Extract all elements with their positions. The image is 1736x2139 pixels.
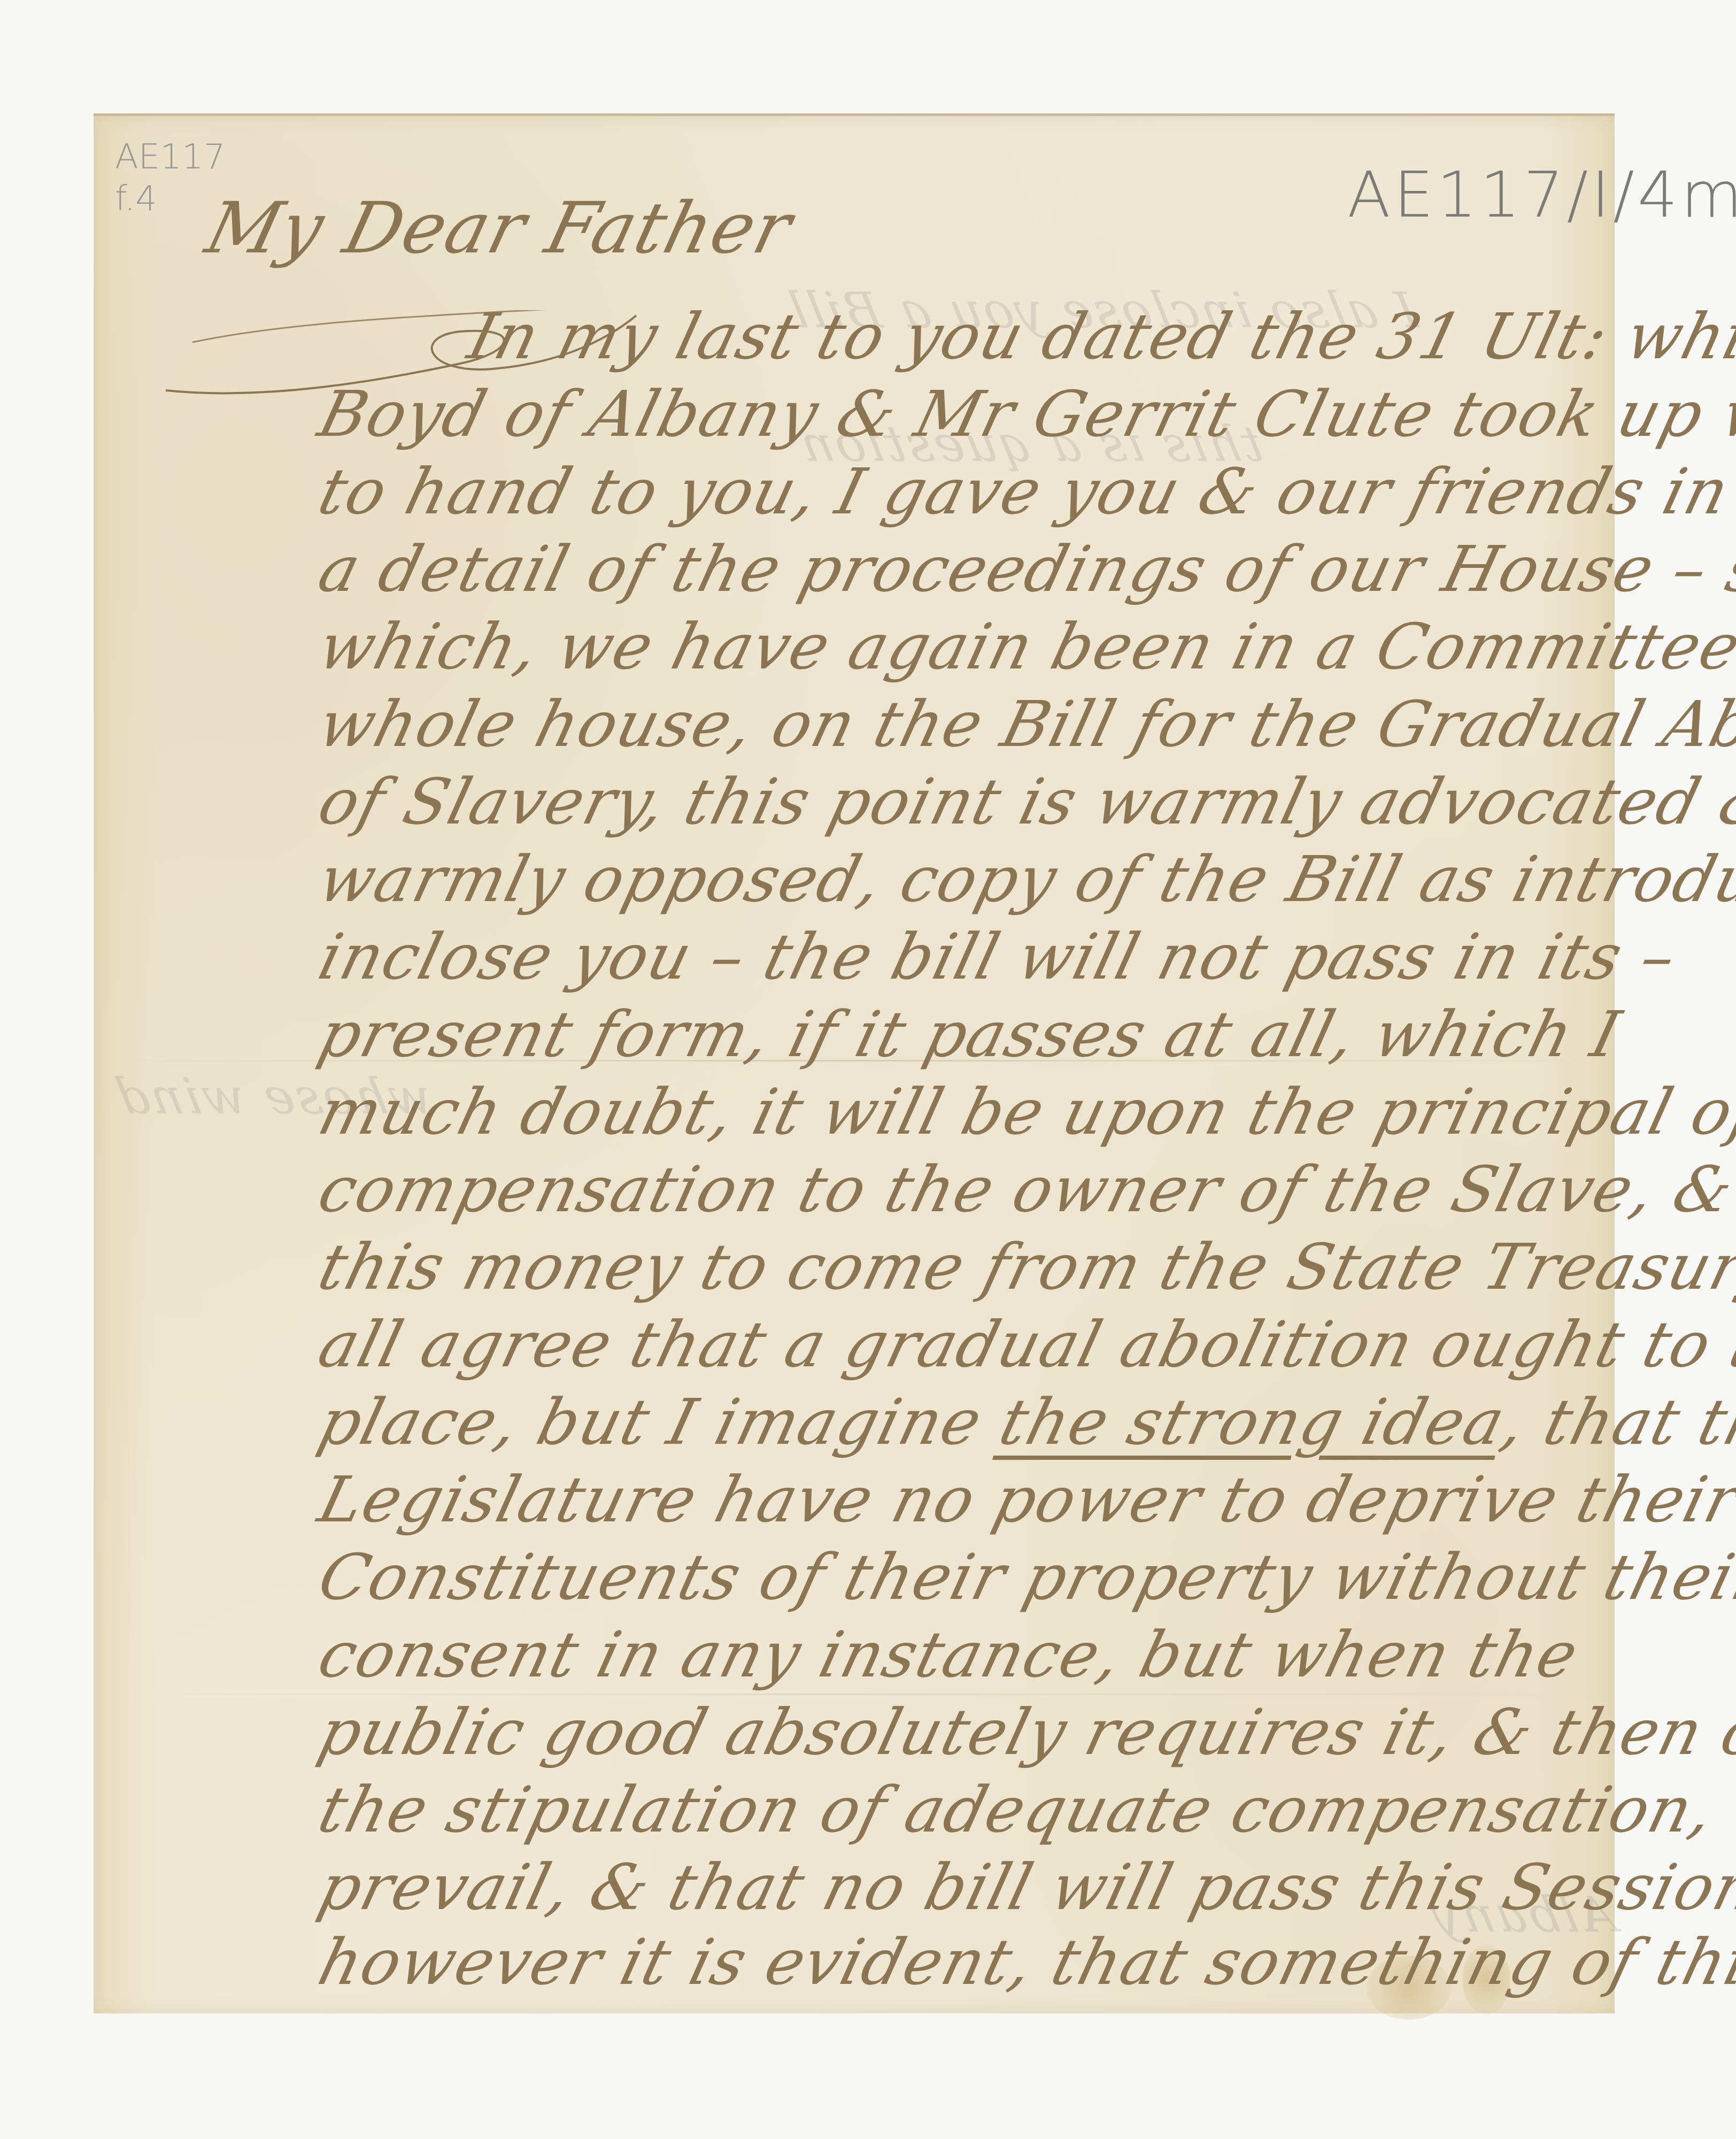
archival-folio-number: f.4: [115, 178, 225, 220]
archival-folio-note: AE117 f.4: [115, 136, 225, 220]
letter-line: present form, if it passes at all, which…: [312, 997, 1629, 1071]
letter-line: whole house, on the Bill for the Gradual…: [312, 687, 1736, 761]
letter-line: of Slavery, this point is warmly advocat…: [312, 765, 1736, 838]
salutation: My Dear Father: [198, 187, 800, 270]
underlined-phrase: the strong idea: [993, 1385, 1513, 1459]
letter-line-with-underline: place, but I imagine the strong idea, th…: [312, 1385, 1736, 1459]
letter-line: this money to come from the State Treasu…: [312, 1230, 1736, 1304]
letter-line: a detail of the proceedings of our House…: [312, 532, 1736, 606]
letter-line: compensation to the owner of the Slave, …: [312, 1152, 1736, 1226]
letter-line: warmly opposed, copy of the Bill as intr…: [312, 842, 1736, 916]
letter-line: Legislature have no power to deprive the…: [312, 1463, 1736, 1536]
letter-line: Constituents of their property without t…: [312, 1540, 1736, 1614]
letter-line: which, we have again been in a Committee…: [312, 610, 1736, 683]
letter-line: however it is evident, that something of…: [312, 1925, 1736, 1999]
letter-line: the stipulation of adequate compensation…: [312, 1773, 1736, 1846]
letter-line: prevail, & that no bill will pass this S…: [312, 1850, 1736, 1924]
letter-line: to hand to you, I gave you & our friends…: [312, 455, 1736, 528]
letter-line: all agree that a gradual abolition ought…: [312, 1307, 1736, 1381]
archival-call-number: AE117/I/4m: [1347, 158, 1736, 232]
letter-line: consent in any instance, but when the: [312, 1618, 1586, 1691]
line-text: , that the: [1494, 1385, 1736, 1459]
letter-line: Boyd of Albany & Mr Gerrit Clute took up…: [312, 377, 1736, 451]
line-text: place, but I imagine: [312, 1385, 1011, 1459]
letter-line: much doubt, it will be upon the principa…: [312, 1075, 1736, 1149]
letter-line: In my last to you dated the 31 Ult: whic…: [461, 299, 1736, 373]
archival-folio-id: AE117: [115, 136, 225, 178]
letter-line: inclose you – the bill will not pass in …: [312, 920, 1684, 994]
letter-line: public good absolutely requires it, & th…: [312, 1695, 1736, 1769]
